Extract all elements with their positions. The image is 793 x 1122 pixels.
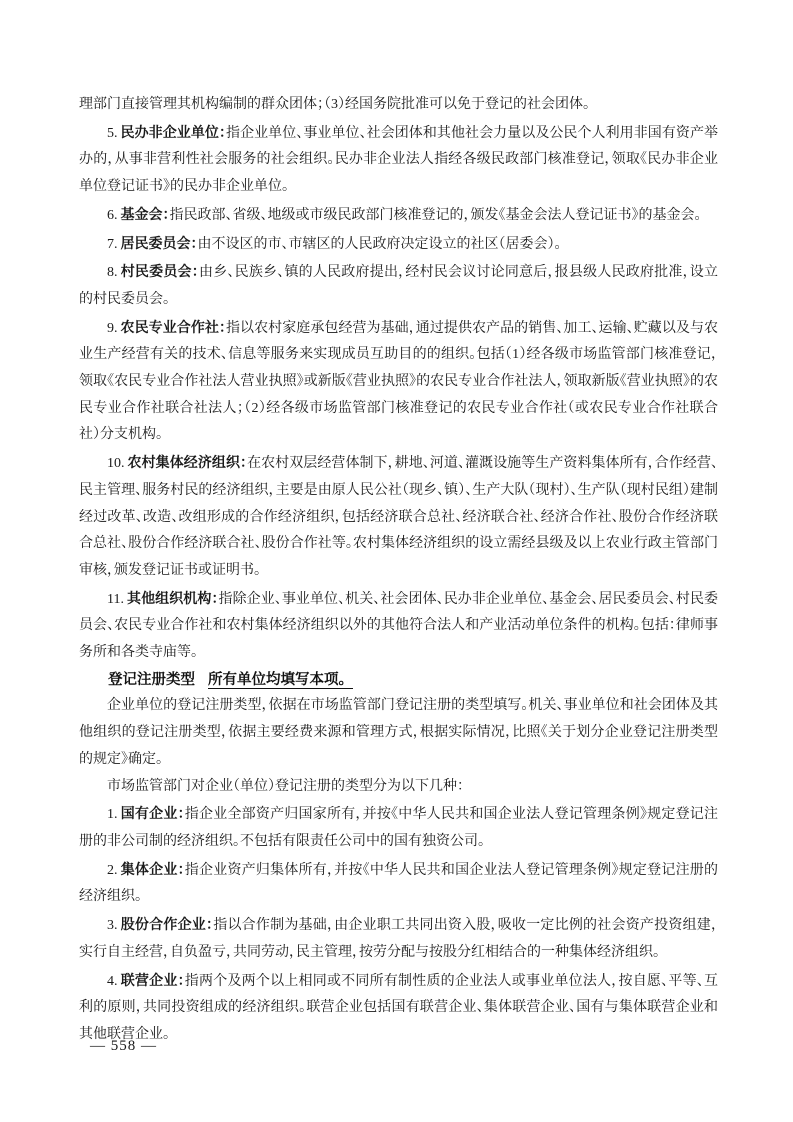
paragraph-text: 指民政部、省级、地级或市级民政部门核准登记的，颁发《基金会法人登记证书》的基金会… — [170, 208, 702, 223]
section-heading: 登记注册类型所有单位均填写本项。 — [79, 667, 718, 694]
item-number: 9. — [107, 321, 118, 336]
paragraph-text: 市场监管部门对企业（单位）登记注册的类型分为以下几种： — [107, 779, 464, 794]
definition-paragraph: 9.农民专业合作社：指以农村家庭承包经营为基础，通过提供农产品的销售、加工、运输… — [79, 314, 718, 450]
definition-paragraph: 1.国有企业：指企业全部资产归国家所有，并按《中华人民共和国企业法人登记管理条例… — [79, 800, 718, 855]
definition-paragraph: 8.村民委员会：由乡、民族乡、镇的人民政府提出，经村民会议讨论同意后，报县级人民… — [79, 258, 718, 313]
paragraph: 企业单位的登记注册类型，依据在市场监管部门登记注册的类型填写。机关、事业单位和社… — [79, 693, 718, 773]
paragraph-text: 在农村双层经营体制下，耕地、河道、灌溉设施等生产资料集体所有，合作经营、民主管理… — [79, 456, 718, 578]
definition-paragraph: 6.基金会：指民政部、省级、地级或市级民政部门核准登记的，颁发《基金会法人登记证… — [79, 201, 718, 230]
definition-paragraph: 10.农村集体经济组织：在农村双层经营体制下，耕地、河道、灌溉设施等生产资料集体… — [79, 449, 718, 585]
term-label: 农民专业合作社： — [121, 319, 227, 335]
item-number: 11. — [107, 592, 124, 607]
item-number: 6. — [107, 208, 118, 223]
paragraph: 理部门直接管理其机构编制的群众团体；（3）经国务院批准可以免于登记的社会团体。 — [79, 92, 718, 119]
term-label: 民办非企业单位： — [121, 124, 227, 140]
paragraph-text: 理部门直接管理其机构编制的群众团体；（3）经国务院批准可以免于登记的社会团体。 — [79, 97, 590, 112]
document-page: 理部门直接管理其机构编制的群众团体；（3）经国务院批准可以免于登记的社会团体。5… — [0, 0, 793, 1122]
term-label: 村民委员会： — [121, 263, 199, 279]
term-label: 集体企业： — [121, 861, 185, 877]
paragraph-text: 由不设区的市、市辖区的人民政府决定设立的社区（居委会）。 — [198, 237, 562, 252]
term-label: 居民委员会： — [121, 235, 198, 251]
item-number: 4. — [107, 974, 118, 989]
term-label: 联营企业： — [121, 972, 185, 988]
definition-paragraph: 2.集体企业：指企业资产归集体所有，并按《中华人民共和国企业法人登记管理条例》规… — [79, 856, 718, 911]
term-label: 其他组织机构： — [127, 590, 219, 606]
definition-paragraph: 5.民办非企业单位：指企业单位、事业单位、社会团体和其他社会力量以及公民个人利用… — [79, 119, 718, 201]
paragraph-text: 指以农村家庭承包经营为基础，通过提供农产品的销售、加工、运输、贮藏以及与农业生产… — [79, 321, 718, 443]
section-heading-title: 登记注册类型 — [108, 672, 195, 688]
term-label: 基金会： — [121, 206, 170, 222]
item-number: 10. — [107, 456, 125, 471]
definition-paragraph: 7.居民委员会：由不设区的市、市辖区的人民政府决定设立的社区（居委会）。 — [79, 230, 718, 259]
term-label: 农村集体经济组织： — [128, 454, 248, 470]
term-label: 股份合作企业： — [121, 916, 214, 932]
definition-paragraph: 11.其他组织机构：指除企业、事业单位、机关、社会团体、民办非企业单位、基金会、… — [79, 585, 718, 667]
item-number: 3. — [107, 918, 118, 933]
paragraph: 市场监管部门对企业（单位）登记注册的类型分为以下几种： — [79, 774, 718, 801]
definition-paragraph: 3.股份合作企业：指以合作制为基础，由企业职工共同出资入股，吸收一定比例的社会资… — [79, 911, 718, 966]
term-label: 国有企业： — [121, 805, 185, 821]
page-number: — 558 — — [90, 1038, 157, 1055]
item-number: 5. — [107, 126, 118, 141]
definition-paragraph: 4.联营企业：指两个及两个以上相同或不同所有制性质的企业法人或事业单位法人，按自… — [79, 967, 718, 1049]
paragraph-text: 企业单位的登记注册类型，依据在市场监管部门登记注册的类型填写。机关、事业单位和社… — [79, 698, 718, 766]
item-number: 7. — [107, 237, 118, 252]
item-number: 8. — [107, 265, 118, 280]
section-heading-note: 所有单位均填写本项。 — [208, 672, 353, 688]
document-content: 理部门直接管理其机构编制的群众团体；（3）经国务院批准可以免于登记的社会团体。5… — [79, 92, 718, 1049]
item-number: 2. — [107, 863, 118, 878]
item-number: 1. — [107, 807, 118, 822]
